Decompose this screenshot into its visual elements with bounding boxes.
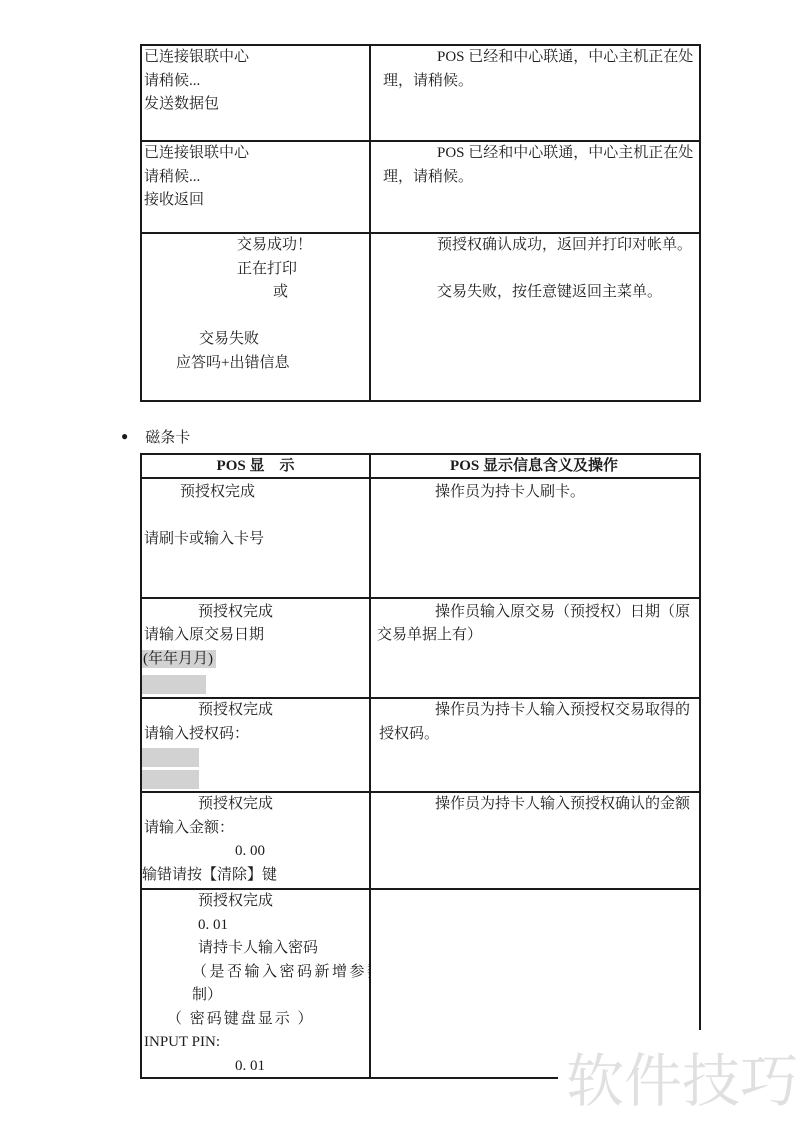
- pos-display-cell: 已连接银联中心 请稍候... 接收返回: [142, 142, 371, 232]
- pos-display-line: 应答吗+出错信息: [142, 352, 369, 376]
- section-bullet: ● 磁条卡: [121, 426, 190, 447]
- meaning-line: 理，请稍候。: [371, 70, 697, 94]
- pos-display-line: 制）: [142, 984, 369, 1008]
- pos-status-table: 已连接银联中心 请稍候... 发送数据包 POS 已经和中心联通，中心主机正在处…: [140, 44, 701, 402]
- meaning-line: POS 已经和中心联通，中心主机正在处: [371, 46, 697, 70]
- highlighted-text: (年年月月): [142, 650, 216, 668]
- pos-display-line: 发送数据包: [142, 93, 369, 117]
- pos-display-line: 已连接银联中心: [142, 142, 369, 166]
- pos-meaning-cell: POS 已经和中心联通，中心主机正在处 理，请稍候。: [371, 46, 697, 140]
- column-header-pos-meaning: POS 显示信息含义及操作: [371, 455, 697, 477]
- header-row: POS 显 示 POS 显示信息含义及操作: [142, 455, 699, 477]
- meaning-line: 交易单据上有）: [371, 624, 697, 648]
- pos-display-line: 预授权完成: [142, 601, 369, 625]
- pos-display-line: 预授权完成: [142, 699, 369, 723]
- pos-display-line: 请输入金额：: [142, 817, 369, 841]
- pos-display-line: 接收返回: [142, 189, 369, 213]
- pos-display-line: 请输入原交易日期: [142, 624, 369, 648]
- pos-display-line: 交易失败: [142, 328, 369, 352]
- pos-meaning-cell: 操作员为持卡人输入预授权交易取得的 授权码。: [371, 699, 697, 791]
- pos-display-cell: 预授权完成 请刷卡或输入卡号: [142, 479, 371, 597]
- meaning-line: 操作员为持卡人输入预授权确认的金额: [371, 793, 697, 817]
- pos-display-cell: 预授权完成 请输入金额： 0. 00 输错请按【清除】键: [142, 793, 371, 888]
- table-row: 预授权完成 请刷卡或输入卡号 操作员为持卡人刷卡。: [142, 477, 699, 597]
- pos-display-line: (年年月月): [142, 648, 369, 672]
- meaning-line: POS 已经和中心联通，中心主机正在处: [371, 142, 697, 166]
- pos-meaning-cell: POS 已经和中心联通，中心主机正在处 理，请稍候。: [371, 142, 697, 232]
- pos-display-cell: 已连接银联中心 请稍候... 发送数据包: [142, 46, 371, 140]
- watermark-text: 软件技巧: [566, 1034, 798, 1118]
- pos-display-line: 输错请按【清除】键: [142, 864, 369, 888]
- pos-display-line: （是否输入密码新增参数控: [142, 961, 369, 985]
- pos-display-line: INPUT PIN:: [142, 1031, 369, 1055]
- pos-display-line: 0. 01: [142, 914, 369, 938]
- table-row: 预授权完成 请输入授权码： 操作员为持卡人输入预授权交易取得的 授权码。: [142, 697, 699, 791]
- pos-display-cell: 交易成功！ 正在打印 或 交易失败 应答吗+出错信息: [142, 234, 371, 400]
- pos-display-cell: 预授权完成 请输入授权码：: [142, 699, 371, 791]
- pos-display-cell: 预授权完成 请输入原交易日期 (年年月月): [142, 599, 371, 697]
- meaning-line: 预授权确认成功，返回并打印对帐单。: [371, 234, 697, 258]
- table-row: 交易成功！ 正在打印 或 交易失败 应答吗+出错信息 预授权确认成功，返回并打印…: [142, 232, 699, 400]
- meaning-line: [371, 258, 697, 282]
- pos-display-line: 或: [142, 281, 369, 305]
- pos-display-line: 请刷卡或输入卡号: [142, 528, 369, 552]
- meaning-line: 操作员为持卡人刷卡。: [371, 481, 697, 505]
- bullet-icon: ●: [121, 429, 128, 444]
- pos-meaning-cell: 预授权确认成功，返回并打印对帐单。 交易失败，按任意键返回主菜单。: [371, 234, 697, 400]
- pos-display-line: 预授权完成: [142, 793, 369, 817]
- pos-display-line: 交易成功！: [142, 234, 369, 258]
- magstripe-table: POS 显 示 POS 显示信息含义及操作 预授权完成 请刷卡或输入卡号 操作员…: [140, 453, 701, 1079]
- table-row: 已连接银联中心 请稍候... 发送数据包 POS 已经和中心联通，中心主机正在处…: [142, 46, 699, 140]
- pos-display-line: 已连接银联中心: [142, 46, 369, 70]
- column-header-pos-display: POS 显 示: [142, 455, 371, 477]
- pos-display-line: 请稍候...: [142, 166, 369, 190]
- meaning-line: 操作员输入原交易（预授权）日期（原: [371, 601, 697, 625]
- pos-display-line: 预授权完成: [142, 890, 369, 914]
- table-row: 预授权完成 请输入原交易日期 (年年月月) 操作员输入原交易（预授权）日期（原 …: [142, 597, 699, 697]
- input-field-box: [142, 770, 199, 789]
- pos-meaning-cell: 操作员输入原交易（预授权）日期（原 交易单据上有）: [371, 599, 697, 697]
- table-row: 预授权完成 请输入金额： 0. 00 输错请按【清除】键 操作员为持卡人输入预授…: [142, 791, 699, 888]
- pos-display-line: 预授权完成: [142, 481, 369, 505]
- pos-display-line: 0. 00: [142, 840, 369, 864]
- pos-display-line: [142, 505, 369, 529]
- meaning-line: 授权码。: [371, 723, 697, 747]
- input-field-box: [142, 748, 199, 767]
- table-row: 已连接银联中心 请稍候... 接收返回 POS 已经和中心联通，中心主机正在处 …: [142, 140, 699, 232]
- watermark: 软件技巧: [558, 1030, 800, 1114]
- pos-display-line: 请稍候...: [142, 70, 369, 94]
- pos-display-line: [142, 305, 369, 329]
- input-field-box: [142, 675, 206, 694]
- pos-display-line: 请持卡人输入密码: [142, 937, 369, 961]
- pos-display-line: 请输入授权码：: [142, 723, 369, 747]
- pos-display-line: 正在打印: [142, 258, 369, 282]
- pos-meaning-cell: 操作员为持卡人刷卡。: [371, 479, 697, 597]
- section-label: 磁条卡: [145, 426, 190, 447]
- pos-meaning-cell: 操作员为持卡人输入预授权确认的金额: [371, 793, 697, 888]
- pos-display-line: （ 密码键盘显示 ）: [142, 1008, 369, 1032]
- meaning-line: 操作员为持卡人输入预授权交易取得的: [371, 699, 697, 723]
- pos-display-cell: 预授权完成 0. 01 请持卡人输入密码 （是否输入密码新增参数控 制） （ 密…: [142, 890, 371, 1077]
- pos-display-line: 0. 01: [142, 1055, 369, 1079]
- meaning-line: 交易失败，按任意键返回主菜单。: [371, 281, 697, 305]
- meaning-line: 理，请稍候。: [371, 166, 697, 190]
- document-page: 已连接银联中心 请稍候... 发送数据包 POS 已经和中心联通，中心主机正在处…: [0, 0, 800, 1132]
